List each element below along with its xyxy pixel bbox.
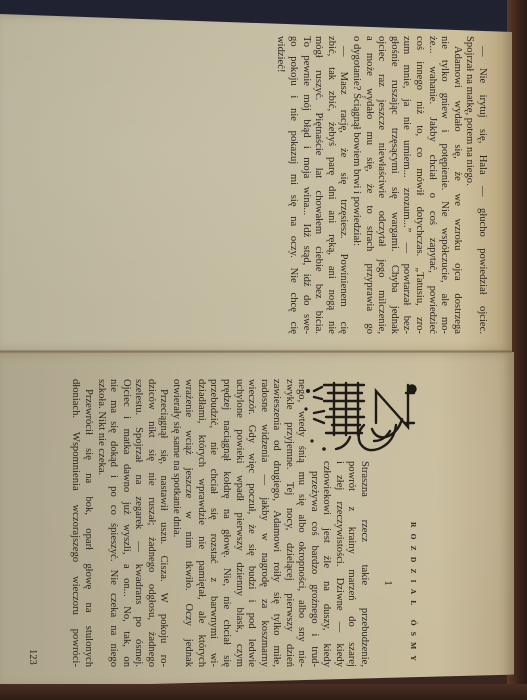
book-photo: — Nie irytuj się, Hala — głucho powiedzi… <box>0 0 527 700</box>
text-line: Przeciągnął się, nastawił uszu. Cisza. W… <box>157 379 170 667</box>
text-line: zbić, tak zbić, żebyś parę dni ani ręką,… <box>324 36 337 334</box>
text-line: radosne widzenia — jakby w nagrodę za ko… <box>257 379 270 667</box>
text-line: coś innego niż to, co mówił dotychczas. … <box>412 36 425 334</box>
text-line: a może wydało mu się, że to strach przyp… <box>362 36 375 334</box>
text-line: — Masz rację, że się trzęsiesz. Powinien… <box>337 36 350 334</box>
ink-illustration-icon <box>302 379 420 461</box>
text-line: dziadłami, których wprawdzie nie pamięta… <box>194 379 207 667</box>
text-line: mógł ruszyć. Piętnaście lat chowałem cie… <box>312 36 325 334</box>
right-page-text: ROZDZIAŁ ÓSMY 1 <box>15 379 420 667</box>
text-line: go pokoju i nie pokazuj mi się na oczy. … <box>287 36 300 334</box>
chapter-opening: Straszna rzecz takie przebudzenie, powró… <box>307 379 370 667</box>
text-line: Straszna rzecz takie przebudzenie, <box>357 461 370 667</box>
text-line: Ojciec i matka dawno już wyszli, a on...… <box>119 379 132 667</box>
page-number: 123 <box>25 649 38 665</box>
text-line: wieczór. Gdy więc poczuł, że się budzi i… <box>245 379 258 667</box>
opening-paragraph: Straszna rzecz takie przebudzenie, powró… <box>307 461 370 667</box>
text-line: głośnie ruszając trzęsącymi się wargami.… <box>387 36 400 334</box>
text-line: otwierały się same na spotkanie dnia. <box>169 379 182 667</box>
text-line: nie ma się dokąd i po co śpieszyć. Nie c… <box>107 379 120 667</box>
text-line: nie tylko gniew i potępienie. Nie współc… <box>438 36 451 334</box>
text-line: zum mnie, ja nie umiem... zrozum...” — p… <box>400 36 413 334</box>
text-line: zwykle przyjemne. Tej nocy, dzielącej pi… <box>282 379 295 667</box>
text-line: przebudzić, nie chciał się rozstać z bar… <box>207 379 220 667</box>
text-line: szkoła. Nikt nie czeka. <box>94 379 107 667</box>
text-line: uchylone powieki wpadł pierwszy dzienny … <box>232 379 245 667</box>
text-line: powrót z krainy marzeń do szarej <box>345 461 358 667</box>
book-gutter <box>0 350 512 353</box>
left-page-text: — Nie irytuj się, Hala — głucho powiedzi… <box>273 36 488 334</box>
text-line: zawieszenia od drugiego, Adamowi roiły s… <box>270 379 283 667</box>
text-line: Adamowi wydało się, że we wzroku ojca do… <box>450 36 463 334</box>
text-line: dziców nikt się nie ruszał; żadnego odgł… <box>144 379 157 667</box>
text-line: i złej rzeczywistości. Dziwne — kiedy <box>332 461 345 667</box>
text-line: Przewrócił się na bok, oparł głowę na st… <box>81 379 94 667</box>
text-line: przeżywa coś bardzo groźnego i trud- <box>307 471 320 667</box>
text-line: człowiekowi jest źle na duszy, kiedy <box>320 461 333 667</box>
text-line: To pewnie mój błąd i moja wina... Idź st… <box>299 36 312 334</box>
text-line: Spojrzał na matkę, potem na niego. <box>463 36 476 334</box>
text-line: o dygotanie? Ściągnął bowiem brwi i powi… <box>349 36 362 334</box>
text-line: — Nie irytuj się, Hala — głucho powiedzi… <box>475 36 488 334</box>
text-line: wrażenie wciąż jeszcze w nim tkwiło. Ocz… <box>182 379 195 667</box>
text-line: widzieć! <box>274 36 287 334</box>
text-line: prędzej naciągnął kołdrę na głowę. Nie, … <box>219 379 232 667</box>
text-line: szelestu. Spojrzał na zegarek — kwadrans… <box>132 379 145 667</box>
table-surface <box>0 684 527 700</box>
text-line: dłoniach. Wspomnienia wczorajszego wiecz… <box>69 379 82 667</box>
text-line: że... wahanie. Jakby chciał o coś zapyta… <box>425 36 438 334</box>
text-line: ojciec raz jeszcze niewłaściwie odczytał… <box>375 36 388 334</box>
